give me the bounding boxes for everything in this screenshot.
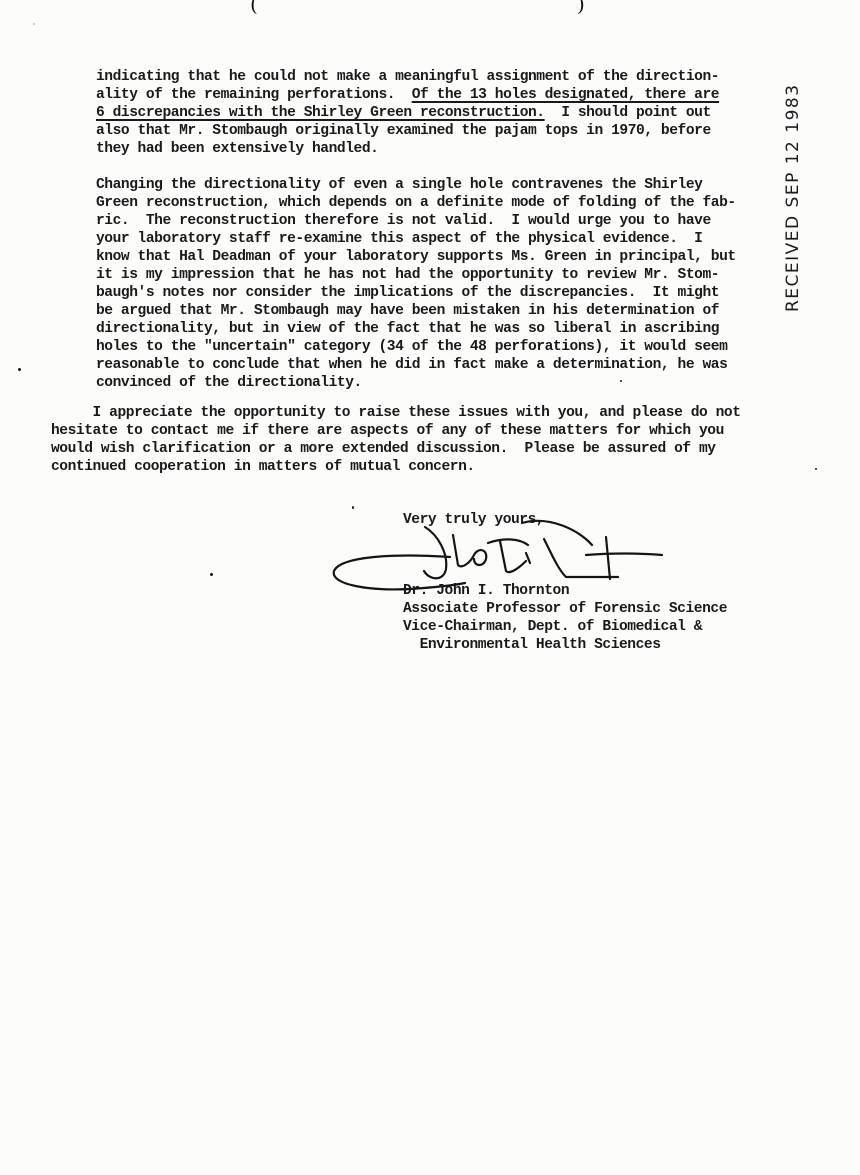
- text-line: ality of the remaining perforations. Of …: [96, 86, 719, 104]
- text-line: they had been extensively handled.: [96, 140, 378, 158]
- top-left-bracket-mark: (: [250, 0, 258, 14]
- text-line: be argued that Mr. Stombaugh may have be…: [96, 302, 719, 320]
- stray-speck: [210, 573, 213, 576]
- stray-speck: [620, 380, 622, 382]
- top-right-bracket-mark: ): [577, 0, 585, 14]
- letter-page: ( ) RECEIVED SEP 12 1983 indicating that…: [0, 0, 860, 1175]
- underlined-text: 6 discrepancies with the Shirley Green r…: [96, 105, 545, 121]
- signatory-title: Associate Professor of Forensic Science: [403, 600, 727, 618]
- text-line: your laboratory staff re-examine this as…: [96, 230, 702, 248]
- stray-speck: [352, 506, 354, 509]
- signatory-title: Vice-Chairman, Dept. of Biomedical &: [403, 618, 702, 636]
- received-stamp: RECEIVED SEP 12 1983: [783, 83, 803, 312]
- text-line: holes to the "uncertain" category (34 of…: [96, 338, 727, 356]
- stray-speck: [18, 368, 21, 371]
- text-line: I appreciate the opportunity to raise th…: [51, 404, 741, 422]
- text-line: would wish clarification or a more exten…: [51, 440, 716, 458]
- text-line: continued cooperation in matters of mutu…: [51, 458, 475, 476]
- text-line: ric. The reconstruction therefore is not…: [96, 212, 711, 230]
- text-line: Changing the directionality of even a si…: [96, 176, 702, 194]
- text-line: convinced of the directionality.: [96, 374, 362, 392]
- text-line: hesitate to contact me if there are aspe…: [51, 422, 724, 440]
- text-line: directionality, but in view of the fact …: [96, 320, 719, 338]
- text-line: Green reconstruction, which depends on a…: [96, 194, 736, 212]
- text-line: reasonable to conclude that when he did …: [96, 356, 727, 374]
- text-line: know that Hal Deadman of your laboratory…: [96, 248, 736, 266]
- text-line: indicating that he could not make a mean…: [96, 68, 719, 86]
- underlined-text: Of the 13 holes designated, there are: [412, 87, 719, 103]
- text-line: baugh's notes nor consider the implicati…: [96, 284, 719, 302]
- stray-speck: [815, 468, 817, 470]
- signatory-name: Dr. John I. Thornton: [403, 582, 569, 600]
- stray-speck: [33, 23, 35, 25]
- text-line: it is my impression that he has not had …: [96, 266, 719, 284]
- text-line: 6 discrepancies with the Shirley Green r…: [96, 104, 711, 122]
- signatory-title: Environmental Health Sciences: [403, 636, 661, 654]
- text-line: also that Mr. Stombaugh originally exami…: [96, 122, 711, 140]
